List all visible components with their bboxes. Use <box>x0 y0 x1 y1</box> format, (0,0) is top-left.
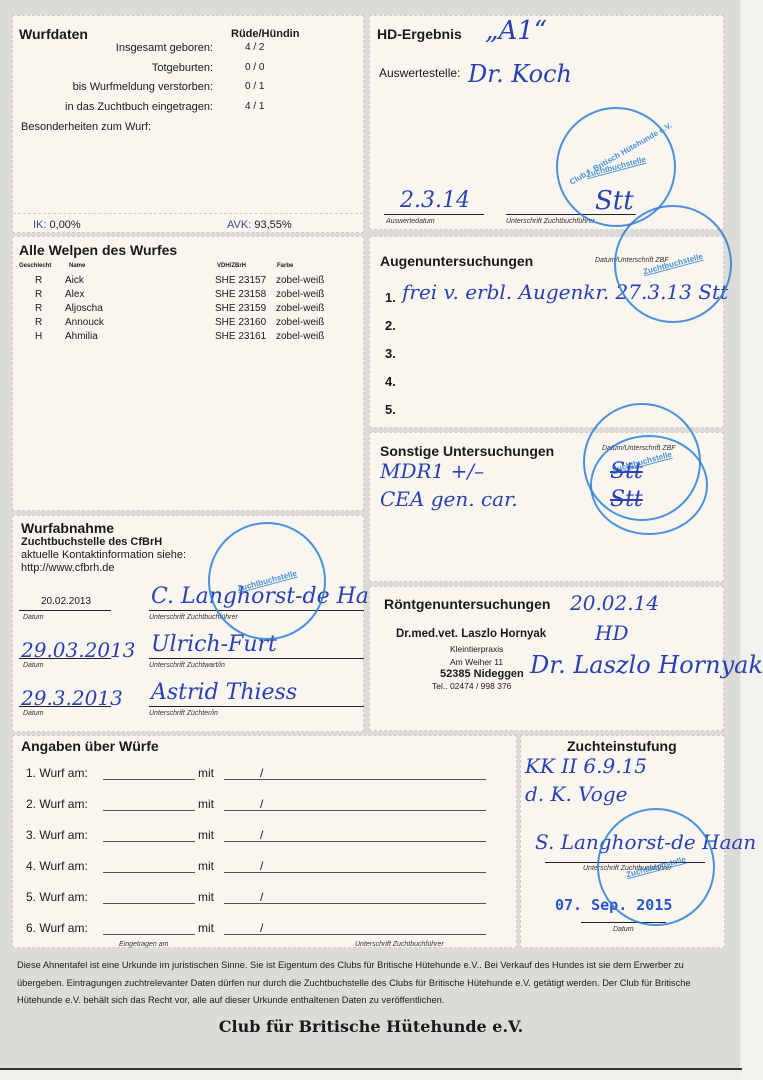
wurf-mit-label: mit <box>198 890 214 904</box>
ik-label: IK: <box>33 219 46 231</box>
wurf-mit-label: mit <box>198 859 214 873</box>
wurfabnahme-signature-caption: Unterschrift Zuchtwart/in <box>149 662 225 669</box>
vet-signature: Dr. Laszlo Hornyak <box>530 651 763 679</box>
wurfabnahme-date-caption: Datum <box>23 614 44 621</box>
welpen-section: Alle Welpen des Wurfes Geschlecht Name V… <box>12 236 364 511</box>
wurfabnahme-title: Wurfabnahme <box>21 520 114 536</box>
wurf-label: 3. Wurf am: <box>26 828 88 842</box>
stamp-augen: Zuchtbuchstelle <box>614 205 732 323</box>
roentgen-type: HD <box>595 621 628 645</box>
signature-line <box>149 658 364 659</box>
wurfdaten-row-label: Insgesamt geboren: <box>116 42 213 54</box>
signature-line <box>149 706 364 707</box>
vet-street: Am Weiher 11 <box>450 657 503 667</box>
page-bottom-edge <box>0 1068 742 1080</box>
wurfdaten-title: Wurfdaten <box>19 26 88 42</box>
pup-vdh: SHE 23157 <box>215 273 276 287</box>
auswertestelle-value: Dr. Koch <box>468 60 572 88</box>
legal-notice: Diese Ahnentafel ist eine Urkunde im jur… <box>17 957 729 1010</box>
wurfdaten-row-label: in das Zuchtbuch eingetragen: <box>65 101 213 113</box>
ruede-huendin-header: Rüde/Hündin <box>231 28 299 40</box>
wurf-mit-label: mit <box>198 828 214 842</box>
pup-name: Aljoscha <box>65 301 215 315</box>
pup-farbe: zobel-weiß <box>276 301 324 315</box>
wurf-slash: / <box>260 859 263 873</box>
augen-title: Augenuntersuchungen <box>380 253 533 269</box>
wurf-date-field[interactable] <box>103 779 195 780</box>
pup-vdh: SHE 23159 <box>215 301 276 315</box>
hd-result: „A1“ <box>485 16 547 46</box>
vet-phone: Tel.. 02474 / 998 376 <box>432 681 511 691</box>
cfbrh-link[interactable]: http://www.cfbrh.de <box>21 562 115 574</box>
wurf-date-field[interactable] <box>103 841 195 842</box>
roentgen-section: Röntgenuntersuchungen 20.02.14 Dr.med.ve… <box>369 586 724 731</box>
wurf-slash: / <box>260 890 263 904</box>
hd-title: HD-Ergebnis <box>377 26 462 42</box>
header-name: Name <box>69 263 85 269</box>
wurfabnahme-signature-caption: Unterschrift Züchter/in <box>149 710 218 717</box>
welpen-title: Alle Welpen des Wurfes <box>19 242 177 258</box>
pup-farbe: zobel-weiß <box>276 287 324 301</box>
pup-vdh: SHE 23160 <box>215 315 276 329</box>
page-edge <box>742 0 763 1080</box>
table-row: RAickSHE 23157zobel-weiß <box>35 273 324 287</box>
hd-signature-caption: Unterschrift Zuchtbuchführer <box>506 218 595 225</box>
wurfdaten-row-value: 4 / 1 <box>245 101 264 112</box>
wurf-slash: / <box>260 797 263 811</box>
wurfabnahme-date-caption: Datum <box>23 710 44 717</box>
wurf-date-field[interactable] <box>103 810 195 811</box>
augen-item-number: 2. <box>385 318 396 333</box>
header-vdh: VDH/ZBrH <box>217 263 246 269</box>
zuchteinstufung-line-1: KK II 6.9.15 <box>525 754 647 778</box>
roentgen-title: Röntgenuntersuchungen <box>384 596 550 612</box>
table-row: HAhmiliaSHE 23161zobel-weiß <box>35 329 324 343</box>
sonstige-line-2: CEA gen. car. <box>380 487 518 511</box>
table-row: RAnnouckSHE 23160zobel-weiß <box>35 315 324 329</box>
stamp-sonstige-2 <box>590 435 708 535</box>
wurf-date-field[interactable] <box>103 872 195 873</box>
zuchteinstufung-date-caption: Datum <box>613 926 634 933</box>
wuerfe-section: Angaben über Würfe 1. Wurf am:mit/2. Wur… <box>12 735 517 948</box>
wurf-mit-label: mit <box>198 921 214 935</box>
wurf-date-field[interactable] <box>103 903 195 904</box>
pup-farbe: zobel-weiß <box>276 273 324 287</box>
zuchteinstufung-title: Zuchteinstufung <box>567 738 677 754</box>
pup-vdh: SHE 23161 <box>215 329 276 343</box>
wurfabnahme-signature: Astrid Thiess <box>151 680 297 705</box>
wurfabnahme-date: 20.02.2013 <box>41 596 91 607</box>
zuchteinstufung-line-2: d. K. Voge <box>525 782 627 806</box>
header-geschlecht: Geschlecht <box>19 263 51 269</box>
avk-label: AVK: <box>227 219 251 231</box>
club-name-footer: Club für Britische Hütehunde e.V. <box>0 1017 742 1036</box>
auswertestelle-label: Auswertestelle: <box>379 66 460 80</box>
wurf-slash: / <box>260 766 263 780</box>
wurf-label: 6. Wurf am: <box>26 921 88 935</box>
wurf-mit-label: mit <box>198 797 214 811</box>
besonderheiten-label: Besonderheiten zum Wurf: <box>21 121 151 133</box>
date-line <box>19 706 111 707</box>
pup-sex: R <box>35 273 65 287</box>
wurfdaten-row-label: Totgeburten: <box>152 62 213 74</box>
sonstige-line-1: MDR1 +/– <box>380 459 484 483</box>
wurf-slash: / <box>260 921 263 935</box>
vet-name: Dr.med.vet. Laszlo Hornyak <box>396 628 546 640</box>
ik-value: 0,00% <box>50 219 81 231</box>
wurfdaten-section: Wurfdaten Rüde/Hündin Insgesamt geboren:… <box>12 15 364 233</box>
sonstige-title: Sonstige Untersuchungen <box>380 443 554 459</box>
wurf-label: 1. Wurf am: <box>26 766 88 780</box>
pup-name: Aick <box>65 273 215 287</box>
wurf-label: 2. Wurf am: <box>26 797 88 811</box>
avk-field: AVK: 93,55% <box>227 219 292 231</box>
table-row: RAljoschaSHE 23159zobel-weiß <box>35 301 324 315</box>
augen-item-number: 1. <box>385 290 396 305</box>
hd-date: 2.3.14 <box>400 188 470 213</box>
roentgen-date: 20.02.14 <box>570 591 659 615</box>
stamp-zuchteinstufung: Zuchtbuchstelle <box>597 808 715 926</box>
pup-name: Ahmilia <box>65 329 215 343</box>
hd-date-caption: Auswertedatum <box>386 218 435 225</box>
wurfdaten-row-value: 0 / 1 <box>245 81 264 92</box>
pup-sex: H <box>35 329 65 343</box>
wurf-date-field[interactable] <box>103 934 195 935</box>
date-line <box>19 610 111 611</box>
pup-sex: R <box>35 301 65 315</box>
contact-label: aktuelle Kontaktinformation siehe: <box>21 549 186 561</box>
wurfdaten-row-value: 0 / 0 <box>245 62 264 73</box>
wurf-mit-label: mit <box>198 766 214 780</box>
wurf-slash: / <box>260 828 263 842</box>
pup-farbe: zobel-weiß <box>276 329 324 343</box>
vet-city: 52385 Nideggen <box>440 668 524 680</box>
pup-sex: R <box>35 287 65 301</box>
ik-field: IK: 0,00% <box>33 219 81 231</box>
welpen-table: RAickSHE 23157zobel-weißRAlexSHE 23158zo… <box>35 273 324 343</box>
vet-practice: Kleintierpraxis <box>450 644 503 654</box>
hd-section: HD-Ergebnis „A1“ Auswertestelle: Dr. Koc… <box>369 15 724 230</box>
pup-vdh: SHE 23158 <box>215 287 276 301</box>
date-line <box>19 658 111 659</box>
pup-name: Alex <box>65 287 215 301</box>
wurfdaten-row-label: bis Wurfmeldung verstorben: <box>73 81 213 93</box>
wuerfe-caption-right: Unterschrift Zuchtbuchführer <box>355 941 444 948</box>
stamp-wurfabnahme: Zuchtbuchstelle <box>208 522 326 640</box>
wuerfe-caption-left: Eingetragen am <box>119 941 168 948</box>
augen-item-number: 4. <box>385 374 396 389</box>
wuerfe-title: Angaben über Würfe <box>21 738 159 754</box>
wurf-label: 4. Wurf am: <box>26 859 88 873</box>
pup-sex: R <box>35 315 65 329</box>
avk-value: 93,55% <box>254 219 291 231</box>
wurfdaten-row-value: 4 / 2 <box>245 42 264 53</box>
wurfabnahme-subtitle: Zuchtbuchstelle des CfBrH <box>21 536 162 548</box>
wurfabnahme-date-caption: Datum <box>23 662 44 669</box>
pup-name: Annouck <box>65 315 215 329</box>
table-row: RAlexSHE 23158zobel-weiß <box>35 287 324 301</box>
header-farbe: Farbe <box>277 263 293 269</box>
pup-farbe: zobel-weiß <box>276 315 324 329</box>
wurf-label: 5. Wurf am: <box>26 890 88 904</box>
augen-item-number: 5. <box>385 402 396 417</box>
augen-item-number: 3. <box>385 346 396 361</box>
